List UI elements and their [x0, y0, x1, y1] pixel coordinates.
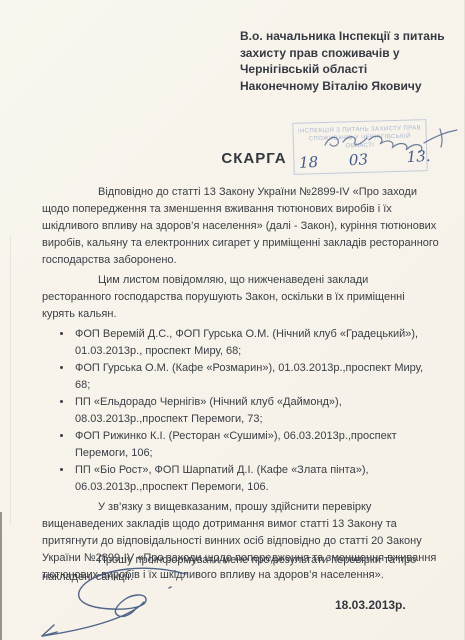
violations-list: ФОП Веремій Д.С., ФОП Гурська О.М. (Нічн… — [42, 326, 440, 496]
addressee-line: Чернігівській області — [240, 61, 445, 78]
addressee-line: В.о. начальника Інспекції з питань — [240, 28, 445, 45]
document-date: 18.03.2013р. — [335, 598, 406, 612]
handwritten-signature — [26, 556, 206, 640]
paragraph-notification: Цим листом повідомляю, що нижченаведені … — [42, 272, 440, 323]
paper-crease — [10, 235, 11, 525]
violation-item: ПП «Біо Рост», ФОП Шарпатий Д.І. (Кафе «… — [73, 462, 440, 496]
addressee-block: В.о. начальника Інспекції з питаньзахист… — [240, 28, 445, 94]
scanned-complaint-letter: В.о. начальника Інспекції з питаньзахист… — [0, 0, 465, 640]
document-title: СКАРГА — [42, 150, 438, 167]
scan-edge-artifact — [0, 512, 2, 640]
violation-item: ПП «Ельдорадо Чернігів» (Нічний клуб «Да… — [73, 394, 440, 428]
paragraph-legal-basis: Відповідно до статті 13 Закону України №… — [42, 184, 440, 269]
addressee-line: Наконечному Віталію Яковичу — [240, 78, 445, 95]
violation-item: ФОП Веремій Д.С., ФОП Гурська О.М. (Нічн… — [73, 326, 440, 360]
document-body: Відповідно до статті 13 Закону України №… — [42, 184, 440, 587]
violation-item: ФОП Рижинко К.І. (Ресторан «Сушимі»), 06… — [73, 428, 440, 462]
addressee-line: захисту прав споживачів у — [240, 45, 445, 62]
violation-item: ФОП Гурська О.М. (Кафе «Розмарин»), 01.0… — [73, 360, 440, 394]
